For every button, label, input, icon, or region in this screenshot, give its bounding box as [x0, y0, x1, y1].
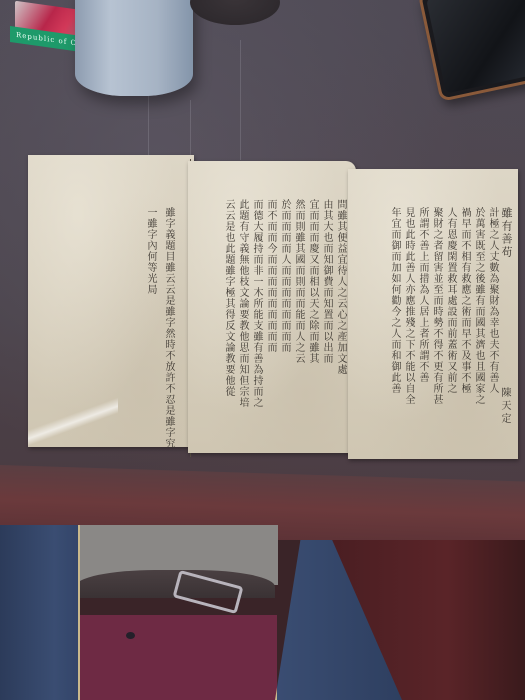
left-page-text: 雖字義題目雖云云是雖字然時不放許不忍是雖字究 一雖字內何等光局 — [144, 207, 174, 449]
text-column: 禍早而不相有救應之術而早不及事不極 — [458, 207, 470, 405]
text-column: 此題有守義無他枝文論要教他思而知但宗培 — [236, 199, 248, 408]
text-column: 由其大也而知御費而知置而以出而 — [320, 199, 332, 408]
navy-coat-left — [0, 525, 80, 700]
photo-scene: Republic of CHIN 雖字義題目雖云云是雖字然時不放許不忍是雖字究 … — [0, 0, 525, 700]
table-scratch — [148, 90, 149, 160]
phone-screen — [426, 0, 525, 94]
text-column: 所謂不善上而措為人居上者所謂不善 — [416, 207, 428, 405]
manuscript-page-middle: 問雖其便益宜待人之云心之產加文處 由其大也而知御費而知置而以出而 宜而而而慶又而… — [188, 161, 356, 453]
text-column: 云云是也此題雖字極其得反文論教要他從 — [222, 199, 234, 408]
text-column: 然而則雖其國而則而而能而人之云 — [292, 199, 304, 408]
text-column: 一雖字內何等光局 — [144, 207, 156, 449]
text-column: 計極之人丈數為聚財為幸也夫不有善人 — [486, 207, 498, 405]
water-bottle — [75, 0, 193, 96]
author-block: 陳天定 — [498, 387, 510, 426]
text-column: 見也此時此善人亦應推殘之下不能以自全 — [402, 207, 414, 405]
table-scratch — [190, 100, 191, 160]
manuscript: 雖字義題目雖云云是雖字然時不放許不忍是雖字究 一雖字內何等光局 問雖其便益宜待人… — [28, 155, 520, 461]
manuscript-page-left: 雖字義題目雖云云是雖字然時不放許不忍是雖字究 一雖字內何等光局 — [28, 155, 194, 447]
manuscript-page-right: 雖有善苟 計極之人丈數為聚財為幸也夫不有善人 於萬害既至之後雖有而國其濟也且國家… — [348, 169, 518, 459]
text-column: 年宜而御而加如何勸今之人而和御此善 — [388, 207, 400, 405]
table-scratch — [240, 40, 241, 160]
text-column: 雖字義題目雖云云是雖字然時不放許不忍是雖字究 — [162, 207, 174, 449]
text-column: 人有恩慶閑置救耳處設而前蓋術又前之 — [444, 207, 456, 405]
text-column: 聚財之者留害並至而時勢不得不更有所甚 — [430, 207, 442, 405]
text-column: 而不而而今而而而而而而而而而 — [264, 199, 276, 408]
right-page-text: 雖有善苟 計極之人丈數為聚財為幸也夫不有善人 於萬害既至之後雖有而國其濟也且國家… — [388, 207, 512, 405]
essay-author: 陳天定 — [498, 387, 510, 426]
maroon-trousers — [62, 615, 277, 700]
trouser-button — [126, 632, 135, 639]
essay-title: 雖有善苟 — [500, 207, 512, 405]
text-column: 宜而而而慶又而相以天之除而雖其 — [306, 199, 318, 408]
text-column: 於萬害既至之後雖有而國其濟也且國家之 — [472, 207, 484, 405]
text-column: 問雖其便益宜待人之云心之產加文處 — [334, 199, 346, 408]
middle-page-text: 問雖其便益宜待人之云心之產加文處 由其大也而知御費而知置而以出而 宜而而而慶又而… — [222, 199, 346, 408]
text-column: 於而而而而人而而而而而而而而 — [278, 199, 290, 408]
text-column: 而德大履持而非一木所能支雖有善為持而之 — [250, 199, 262, 408]
light-glare — [28, 395, 118, 450]
